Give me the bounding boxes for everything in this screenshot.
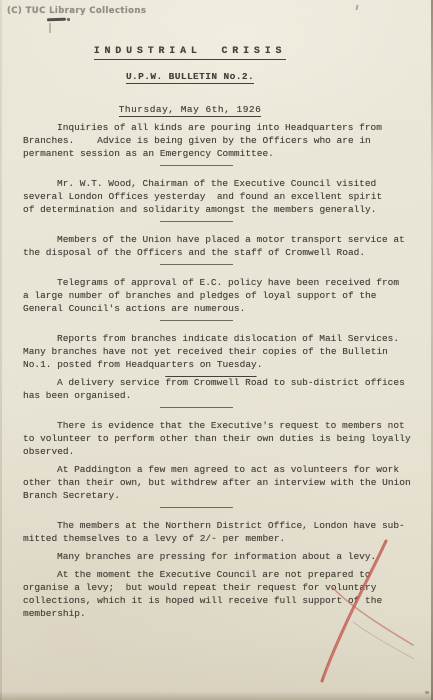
copyright-watermark: (C) TUC Library Collections	[7, 6, 146, 16]
text-line: Branches. Advice is being given by the O…	[23, 134, 419, 147]
paragraph: At Paddington a few men agreed to act as…	[23, 463, 419, 502]
text-line: of determination and solidarity amongst …	[23, 203, 419, 216]
paragraph: Many branches are pressing for informati…	[23, 550, 419, 563]
text-line: the disposal of the Officers and the sta…	[23, 246, 419, 259]
text-line: No.1. posted from Headquarters on Tuesda…	[23, 358, 419, 371]
text-line: membership.	[23, 607, 419, 620]
text-line: observed.	[23, 445, 419, 458]
text-line: The members at the Northern District Off…	[23, 519, 419, 532]
text-line: has been organised.	[23, 389, 419, 402]
text-line: A delivery service from Cromwell Road to…	[23, 376, 419, 389]
bulletin-number: U.P.W. BULLETIN No.2.	[126, 71, 254, 84]
paragraph: There is evidence that the Executive's r…	[23, 419, 419, 458]
text-line: mitted themselves to a levy of 2/- per m…	[23, 532, 419, 545]
document-page: (C) TUC Library Collections INDUSTRIAL C…	[0, 0, 433, 700]
text-line: Telegrams of approval of E.C. policy hav…	[23, 276, 419, 289]
text-line: Many branches have not yet received thei…	[23, 345, 419, 358]
text-segment: ad to sub-district offices	[257, 377, 405, 388]
paragraph: Reports from branches indicate dislocati…	[23, 332, 419, 371]
text-line: organise a levy; but would repeat their …	[23, 581, 419, 594]
scan-edge-left	[0, 0, 2, 700]
text-line: Members of the Union have placed a motor…	[23, 233, 419, 246]
pencil-mark	[49, 23, 51, 33]
text-line: to volunteer to perform other than their…	[23, 432, 419, 445]
paragraph: A delivery service from Cromwell Road to…	[23, 376, 419, 402]
section-divider	[160, 507, 233, 508]
text-line: There is evidence that the Executive's r…	[23, 419, 419, 432]
document-header: INDUSTRIAL CRISIS U.P.W. BULLETIN No.2. …	[0, 40, 380, 117]
text-line: At Paddington a few men agreed to act as…	[23, 463, 419, 476]
text-line: Inquiries of all kinds are pouring into …	[23, 121, 419, 134]
ink-smudge	[47, 18, 66, 22]
paragraph: Telegrams of approval of E.C. policy hav…	[23, 276, 419, 315]
text-line: At the moment the Executive Council are …	[23, 568, 419, 581]
section-divider	[160, 221, 233, 222]
section-divider	[160, 264, 233, 265]
text-line: a large number of branches and pledges o…	[23, 289, 419, 302]
section-divider	[160, 320, 233, 321]
text-line: Branch Secretary.	[23, 489, 419, 502]
paragraph: Inquiries of all kinds are pouring into …	[23, 121, 419, 160]
text-line: Reports from branches indicate dislocati…	[23, 332, 419, 345]
text-line: General Council's actions are numerous.	[23, 302, 419, 315]
text-line: other than their own, but withdrew after…	[23, 476, 419, 489]
paragraph: At the moment the Executive Council are …	[23, 568, 419, 620]
pencil-trace	[353, 622, 414, 659]
document-title: INDUSTRIAL CRISIS	[94, 46, 287, 60]
scan-edge-bottom	[0, 691, 433, 700]
text-line: permanent session as an Emergency Commit…	[23, 147, 419, 160]
text-line: Many branches are pressing for informati…	[23, 550, 419, 563]
text-line: Mr. W.T. Wood, Chairman of the Executive…	[23, 177, 419, 190]
section-divider	[160, 165, 233, 166]
paragraph: The members at the Northern District Off…	[23, 519, 419, 545]
text-segment: A delivery service	[57, 377, 165, 388]
paragraph: Mr. W.T. Wood, Chairman of the Executive…	[23, 177, 419, 216]
ink-smudge-dot	[67, 18, 70, 21]
text-line: several London Offices yesterday and fou…	[23, 190, 419, 203]
paragraph: Members of the Union have placed a motor…	[23, 233, 419, 259]
text-line: collections, which it is hoped will rece…	[23, 594, 419, 607]
paper-speck	[356, 5, 359, 10]
document-body: Inquiries of all kinds are pouring into …	[23, 116, 419, 620]
overlined-text: from Cromwell Ro	[165, 377, 256, 388]
section-divider	[160, 407, 233, 408]
